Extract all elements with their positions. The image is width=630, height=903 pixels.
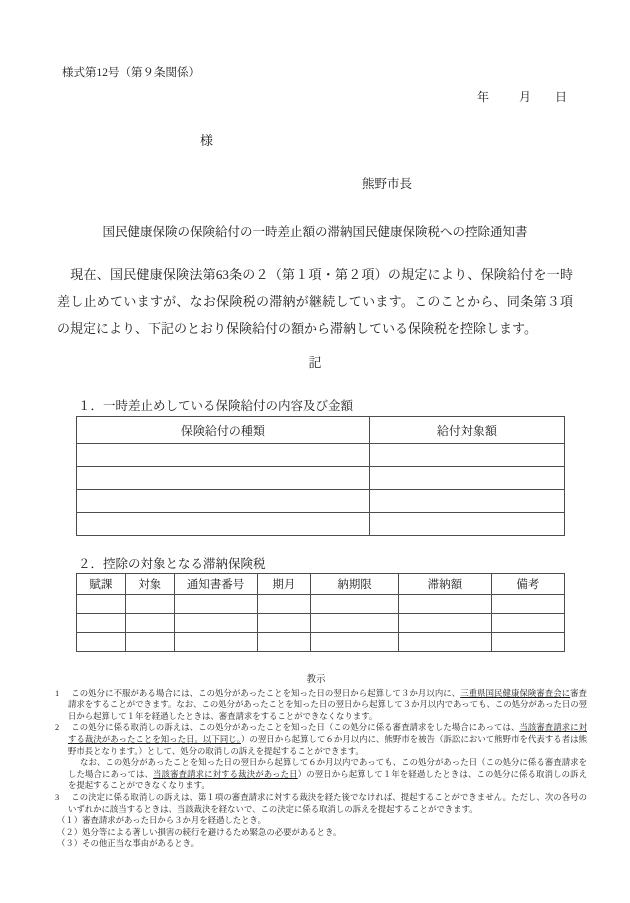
addressee-suffix: 様 (200, 130, 213, 149)
note-item-2-continued: なお、この処分があったことを知った日の翌日から起算して６か月以内であっても、この… (45, 757, 587, 792)
table-row (77, 513, 565, 536)
table-row (77, 614, 565, 633)
cell (174, 633, 257, 652)
note-item-1: 1この処分に不服がある場合には、この処分があったことを知った日の翌日から起算して… (45, 688, 587, 723)
cell (399, 595, 492, 614)
cell (311, 595, 399, 614)
benefit-table: 保険給付の種類 給付対象額 (76, 416, 565, 536)
notes-heading: 教示 (45, 675, 587, 687)
table-row (77, 490, 565, 513)
delinquent-tax-table: 賦課 対象 通知書番号 期月 納期限 滞納額 備考 (76, 573, 565, 652)
note-number: 3 (55, 793, 59, 802)
cell (257, 614, 311, 633)
form-number: 様式第12号（第９条関係） (62, 64, 200, 80)
cell (125, 595, 174, 614)
cell (77, 614, 126, 633)
table-row (77, 444, 565, 467)
table-header-row: 賦課 対象 通知書番号 期月 納期限 滞納額 備考 (77, 574, 565, 595)
date-line: 年月日 (477, 88, 567, 105)
cell (77, 633, 126, 652)
cell (174, 614, 257, 633)
cell (399, 614, 492, 633)
cell (311, 614, 399, 633)
note-item-2: 2この処分に係る取消しの訴えは、この処分があったことを知った日（この処分に係る審… (45, 722, 587, 757)
column-header-delinquent-amount: 滞納額 (399, 574, 492, 595)
benefit-type-cell (77, 467, 370, 490)
cell (491, 595, 564, 614)
note-text: この処分に係る取消しの訴えは、この処分があったことを知った日（この処分に係る審査… (71, 723, 519, 732)
column-header-benefit-type: 保険給付の種類 (77, 417, 370, 444)
table-row (77, 633, 565, 652)
benefit-type-cell (77, 490, 370, 513)
section2-heading: ２．控除の対象となる滞納保険税 (78, 554, 266, 572)
column-header-due-date: 納期限 (311, 574, 399, 595)
benefit-amount-cell (369, 490, 564, 513)
cell (174, 595, 257, 614)
benefit-amount-cell (369, 513, 564, 536)
column-header-remarks: 備考 (491, 574, 564, 595)
note-subitem-1: （１）審査請求があった日から３か月を経過したとき。 (45, 815, 587, 827)
cell (491, 633, 564, 652)
sender-name: 熊野市長 (362, 174, 412, 192)
section1-heading: １．一時差止めしている保険給付の内容及び金額 (78, 396, 353, 414)
column-header-target: 対象 (125, 574, 174, 595)
cell (491, 614, 564, 633)
note-underlined-text: 三重県国民健康保険審査会に (460, 689, 570, 698)
table-row (77, 595, 565, 614)
body-paragraph: 現在、国民健康保険法第63条の２（第１項・第２項）の規定により、保険給付を一時差… (57, 261, 573, 342)
cell (77, 595, 126, 614)
column-header-period: 期月 (257, 574, 311, 595)
document-page: 様式第12号（第９条関係） 年月日 様 熊野市長 国民健康保険の保険給付の一時差… (0, 0, 630, 903)
benefit-amount-cell (369, 444, 564, 467)
date-month-label: 月 (519, 90, 531, 104)
cell (399, 633, 492, 652)
cell (311, 633, 399, 652)
benefit-type-cell (77, 444, 370, 467)
ki-label: 記 (0, 352, 630, 371)
date-day-label: 日 (555, 90, 567, 104)
column-header-benefit-amount: 給付対象額 (369, 417, 564, 444)
note-number: 1 (55, 689, 59, 698)
legal-notes: 教示 1この処分に不服がある場合には、この処分があったことを知った日の翌日から起… (45, 675, 587, 850)
table-header-row: 保険給付の種類 給付対象額 (77, 417, 565, 444)
note-subitem-2: （２）処分等による著しい損害の続行を避けるため緊急の必要があるとき。 (45, 827, 587, 839)
document-title: 国民健康保険の保険給付の一時差止額の滞納国民健康保険税への控除通知書 (0, 222, 630, 240)
column-header-levy: 賦課 (77, 574, 126, 595)
note-number: 2 (55, 723, 59, 732)
note-text: この決定に係る取消しの訴えは、第１項の審査請求に対する裁決を経た後でなければ、提… (68, 793, 587, 814)
table-row (77, 467, 565, 490)
note-item-3: 3この決定に係る取消しの訴えは、第１項の審査請求に対する裁決を経た後でなければ、… (45, 792, 587, 815)
benefit-amount-cell (369, 467, 564, 490)
benefit-type-cell (77, 513, 370, 536)
cell (257, 595, 311, 614)
cell (257, 633, 311, 652)
column-header-notice-number: 通知書番号 (174, 574, 257, 595)
note-text: この処分に不服がある場合には、この処分があったことを知った日の翌日から起算して３… (71, 689, 460, 698)
cell (125, 633, 174, 652)
note-underlined-text: 当該審査請求に対する裁決があった日 (153, 770, 298, 779)
cell (125, 614, 174, 633)
date-year-label: 年 (477, 90, 489, 104)
note-subitem-3: （３）その他正当な事由があるとき。 (45, 838, 587, 850)
